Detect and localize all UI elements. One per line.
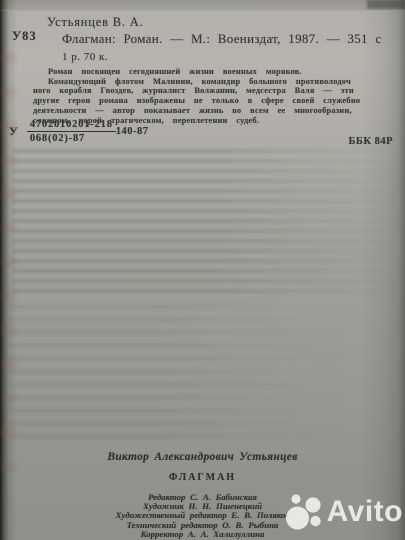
showthrough-texture [8,300,343,445]
colophon-title: ФЛАГМАН [0,472,405,483]
bbk-code: ББК 84Р [348,136,393,147]
page-corner-shadow [367,0,405,9]
index-code: У83 [12,29,37,44]
annotation-line: Командующий флотом Малинин, командир бол… [33,77,360,87]
annotation-line: другие герои романа изображены не только… [33,96,360,106]
annotation-line: ного корабля Гвоздев, журналист Волжанин… [33,86,360,96]
catalog-fraction: 4702010201-218 068(02)-87 [27,119,116,144]
showthrough-texture [12,146,384,298]
catalog-suffix: 140-87 [116,126,149,137]
author-header: Устьянцев В. А. [47,15,144,30]
avito-logo-icon [284,492,324,532]
avito-label: Avito [327,497,403,527]
annotation-line: деятельности — автор показывает жизнь во… [33,106,360,116]
annotation-block: Роман посвящен сегодняшней жизни военных… [33,67,360,125]
catalog-denominator: 068(02)-87 [27,132,116,144]
colophon-author: Виктор Александрович Устьянцев [0,451,405,463]
margin-smudge-texture [0,40,16,470]
catalog-letter: У [9,124,18,139]
book-page-photo: Устьянцев В. А. У83 Флагман: Роман. — М.… [0,0,405,540]
price-label: 1 р. 70 к. [62,51,108,63]
bibliographic-line: Флагман: Роман. — М.: Воениздат, 1987. —… [62,31,381,47]
annotation-line: Роман посвящен сегодняшней жизни военных… [33,67,360,77]
catalog-index: У 4702010201-218 068(02)-87 140-87 [9,119,149,144]
catalog-numerator: 4702010201-218 [27,119,116,132]
page-top-edge-shadow [0,0,405,11]
avito-watermark: Avito [284,492,403,532]
